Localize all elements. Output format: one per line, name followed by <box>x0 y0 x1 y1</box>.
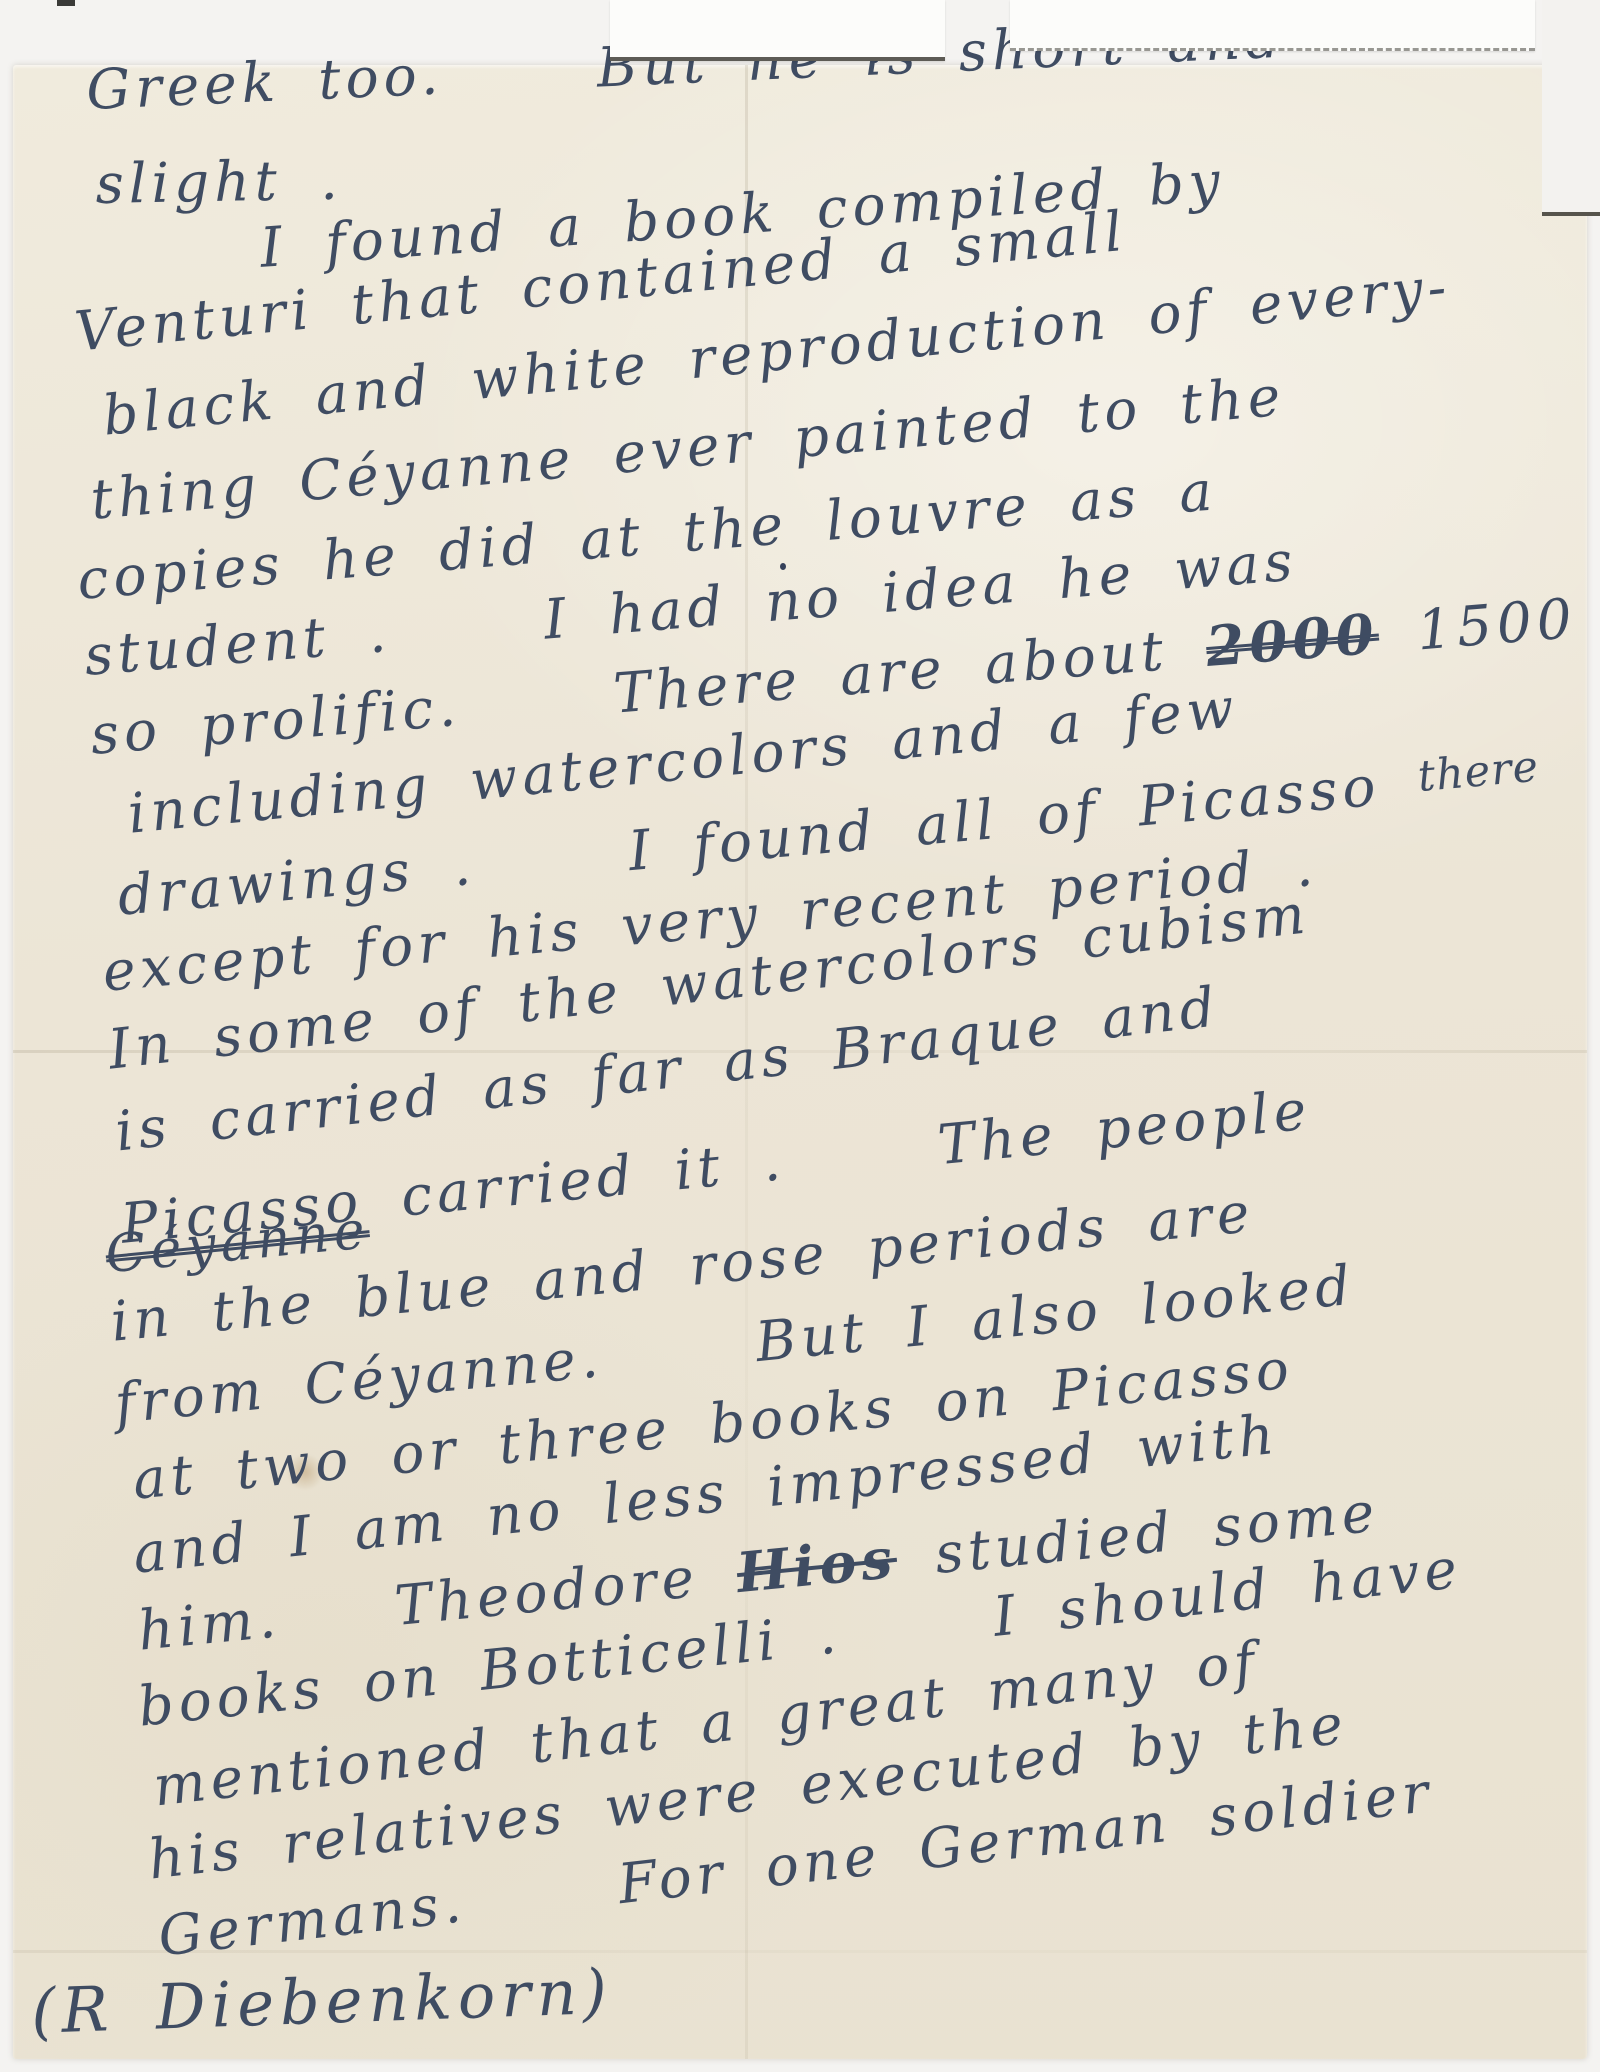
letter-line: slight . <box>95 148 343 216</box>
tape-strip <box>610 0 945 61</box>
corner-mount-piece <box>1542 0 1600 216</box>
tape-strip <box>1010 0 1535 51</box>
struck-word: 2000 <box>1204 601 1382 679</box>
scanned-letter: Greek too. But he is short and slight . … <box>0 0 1600 2072</box>
cramped-word: there <box>1416 742 1541 802</box>
edge-speck <box>57 0 75 6</box>
